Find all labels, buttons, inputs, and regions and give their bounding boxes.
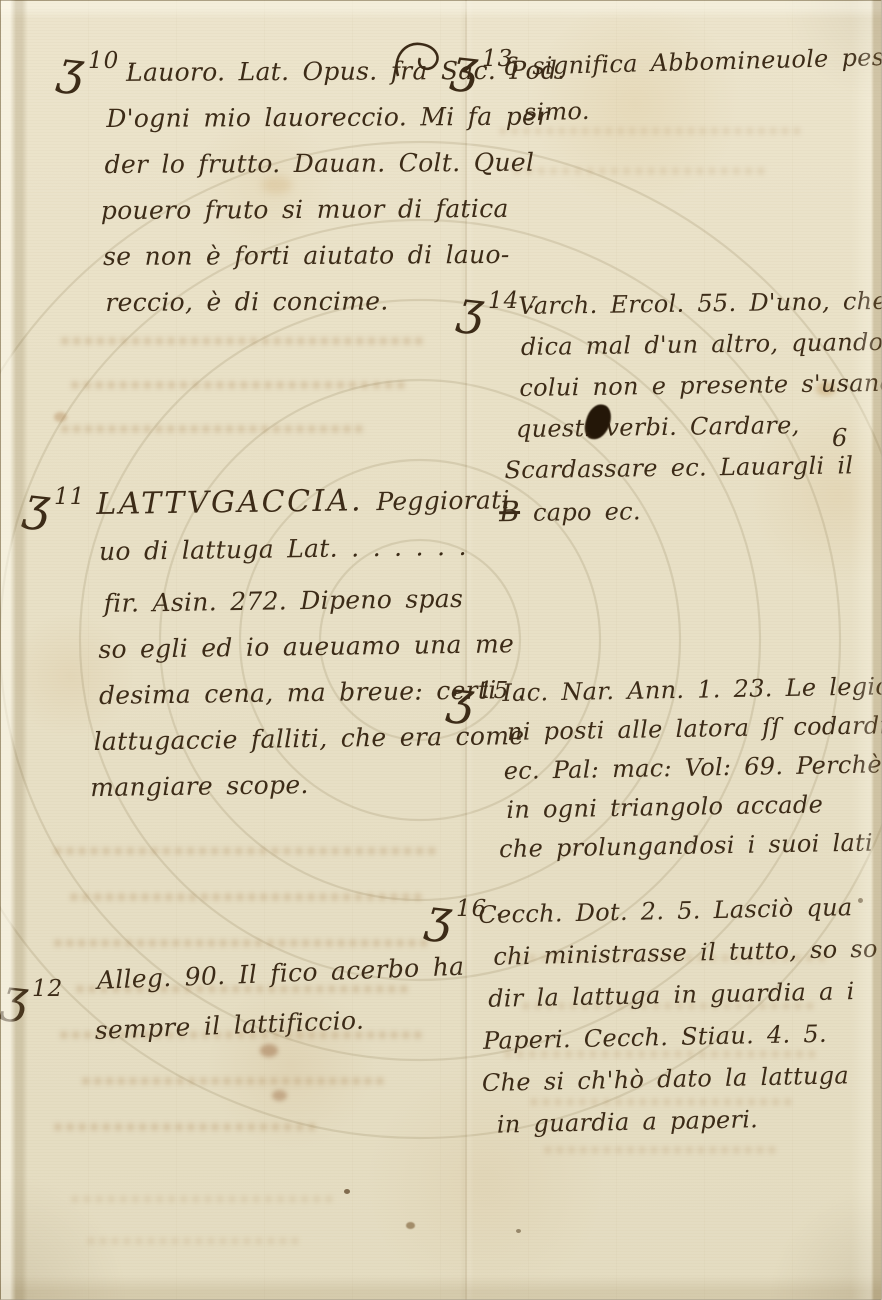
entry-line: ni posti alle latora ſſ codardia. xyxy=(507,706,882,752)
entry-line: reccio, è di concime. xyxy=(105,278,567,326)
entry-line: pouero fruto si muor di fatica xyxy=(101,186,567,234)
entry-line: in ogni triangolo accade xyxy=(506,784,882,830)
entry-marker-11: ʒ 11 xyxy=(24,486,85,523)
entry-line: questi verbi. Cardare, xyxy=(516,404,882,450)
entry-line-rest: Peggiorati xyxy=(376,485,510,516)
entry-13: δ significa Abbomineuole pes- simo. xyxy=(504,34,882,136)
entry-marker-12: ʒ 12 xyxy=(2,978,63,1015)
entry-line: mangiare scope. xyxy=(90,759,525,811)
paragraph-flourish-icon: ʒ xyxy=(0,977,30,1016)
verso-showthrough xyxy=(72,1196,352,1244)
entry-line: che prolungandosi i suoi lati ec. xyxy=(499,823,882,869)
entry-10: Lauoro. Lat. Opus. fra Sac. Pod. D'ogni … xyxy=(100,48,567,326)
foxing-spot xyxy=(272,1090,287,1101)
foxing-spot xyxy=(54,412,67,422)
entry-line: dica mal d'un altro, quando xyxy=(521,322,882,368)
paragraph-flourish-icon: ʒ xyxy=(424,897,454,936)
entry-line: in guardia a paperi. xyxy=(496,1096,881,1146)
entry-headword: LATTVGACCIA. xyxy=(96,483,363,522)
foxing-spot xyxy=(406,1222,415,1229)
entry-11: LATTVGACCIA. Peggiorati uo di lattuga La… xyxy=(96,476,525,811)
manuscript-page: ʒ 10 . Lauoro. Lat. Opus. fra Sac. Pod. … xyxy=(0,0,882,1300)
entry-line: ec. Pal: mac: Vol: 69. Perchè xyxy=(503,745,882,791)
entry-line: Scardassare ec. Lauargli il xyxy=(504,445,882,491)
paragraph-flourish-icon: ʒ xyxy=(22,485,52,524)
entry-line: der lo frutto. Dauan. Colt. Quel xyxy=(104,140,566,188)
entry-line: Varch. Ercol. 55. D'uno, che xyxy=(518,281,882,327)
entry-line: B capo ec. xyxy=(499,486,882,535)
entry-line: simo. xyxy=(523,80,882,136)
entry-line: D'ogni mio lauoreccio. Mi fa per xyxy=(106,94,566,142)
margin-note-6: 6 xyxy=(832,424,847,452)
entry-line-rest: capo ec. xyxy=(533,497,641,527)
entry-line: uo di lattuga Lat. . . . . . . xyxy=(99,523,522,575)
entry-12: Alleg. 90. Il fico acerbo ha sempre il l… xyxy=(92,942,467,1056)
entry-line: Lauoro. Lat. Opus. fra Sac. Pod. xyxy=(126,48,566,96)
entry-15: Iac. Nar. Ann. 1. 23. Le legio ni posti … xyxy=(502,667,882,869)
entry-number: 12 xyxy=(32,976,63,1002)
struck-word: B xyxy=(499,495,520,528)
entry-line: lattugaccie falliti, che era come xyxy=(93,713,524,765)
entry-line: colui non e presente s'usano xyxy=(519,363,882,409)
entry-number: 11 xyxy=(54,484,85,510)
entry-16: Cecch. Dot. 2. 5. Lasciò qua chi ministr… xyxy=(478,886,882,1146)
entry-line: LATTVGACCIA. Peggiorati xyxy=(96,476,521,529)
paragraph-flourish-icon: ʒ xyxy=(56,49,86,88)
entry-14: Varch. Ercol. 55. D'uno, che dica mal d'… xyxy=(518,281,882,534)
entry-line: Iac. Nar. Ann. 1. 23. Le legio xyxy=(502,667,882,713)
foxing-spot xyxy=(344,1189,350,1194)
verso-showthrough xyxy=(62,338,430,432)
entry-line: desima cena, ma breue: certi xyxy=(99,667,524,719)
entry-line: fir. Asin. 272. Dipeno spas xyxy=(103,575,522,627)
entry-line: so egli ed io aueuamo una me xyxy=(98,621,523,673)
entry-line: se non è forti aiutato di lauo- xyxy=(103,232,567,280)
foxing-spot xyxy=(516,1229,521,1233)
